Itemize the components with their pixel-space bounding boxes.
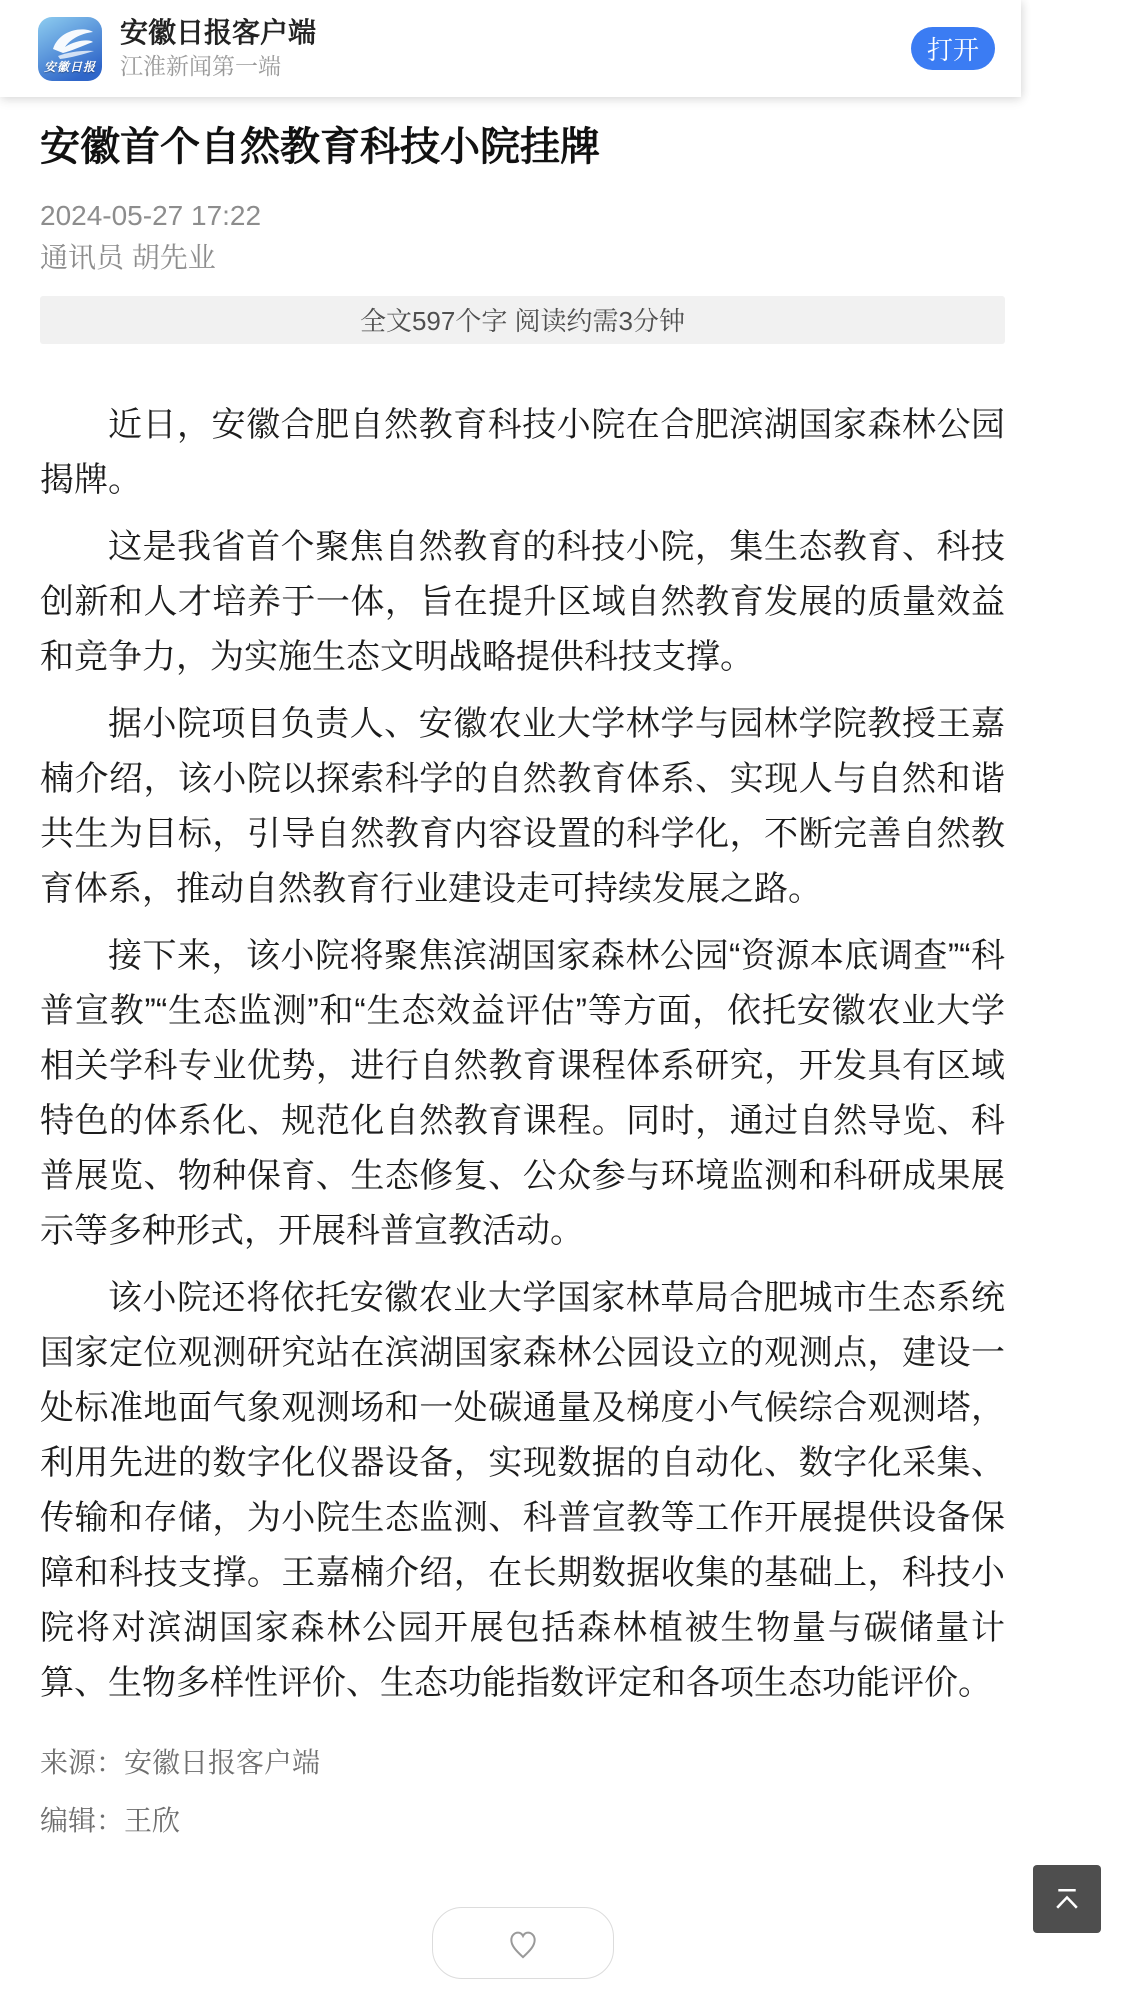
paragraph: 据小院项目负责人、安徽农业大学林学与园林学院教授王嘉楠介绍，该小院以探索科学的自… [40, 697, 1005, 917]
heart-icon [503, 1923, 543, 1963]
align-top-arrow-icon [1048, 1880, 1086, 1918]
source-line: 来源：安徽日报客户端 [40, 1747, 1005, 1779]
paragraph: 近日，安徽合肥自然教育科技小院在合肥滨湖国家森林公园揭牌。 [40, 398, 1005, 508]
article-title: 安徽首个自然教育科技小院挂牌 [40, 121, 1005, 173]
correspondent: 通讯员 胡先业 [40, 242, 1005, 274]
back-to-top-button[interactable] [1033, 1865, 1101, 1933]
article-page: 安徽日报 安徽日报客户端 江淮新闻第一端 打开 安徽首个自然教育科技小院挂牌 2… [0, 0, 1121, 1991]
editor-line: 编辑：王欣 [40, 1805, 1005, 1837]
app-logo-text: 安徽日报 [38, 58, 102, 75]
app-name: 安徽日报客户端 [120, 19, 316, 47]
publish-date: 2024-05-27 17:22 [40, 200, 1005, 232]
app-banner: 安徽日报 安徽日报客户端 江淮新闻第一端 打开 [0, 0, 1021, 97]
article-body: 安徽首个自然教育科技小院挂牌 2024-05-27 17:22 通讯员 胡先业 … [0, 97, 1021, 1979]
app-logo-icon: 安徽日报 [38, 17, 102, 81]
paragraph: 该小院还将依托安徽农业大学国家林草局合肥城市生态系统国家定位观测研究站在滨湖国家… [40, 1271, 1005, 1711]
like-button[interactable] [432, 1907, 614, 1979]
paragraph: 这是我省首个聚焦自然教育的科技小院，集生态教育、科技创新和人才培养于一体，旨在提… [40, 520, 1005, 685]
paragraph: 接下来，该小院将聚焦滨湖国家森林公园“资源本底调查”“科普宣教”“生态监测”和“… [40, 929, 1005, 1259]
app-tagline: 江淮新闻第一端 [120, 55, 316, 78]
app-info: 安徽日报客户端 江淮新闻第一端 [120, 19, 316, 78]
open-app-button[interactable]: 打开 [911, 27, 995, 70]
word-count-bar: 全文597个字 阅读约需3分钟 [40, 296, 1005, 344]
